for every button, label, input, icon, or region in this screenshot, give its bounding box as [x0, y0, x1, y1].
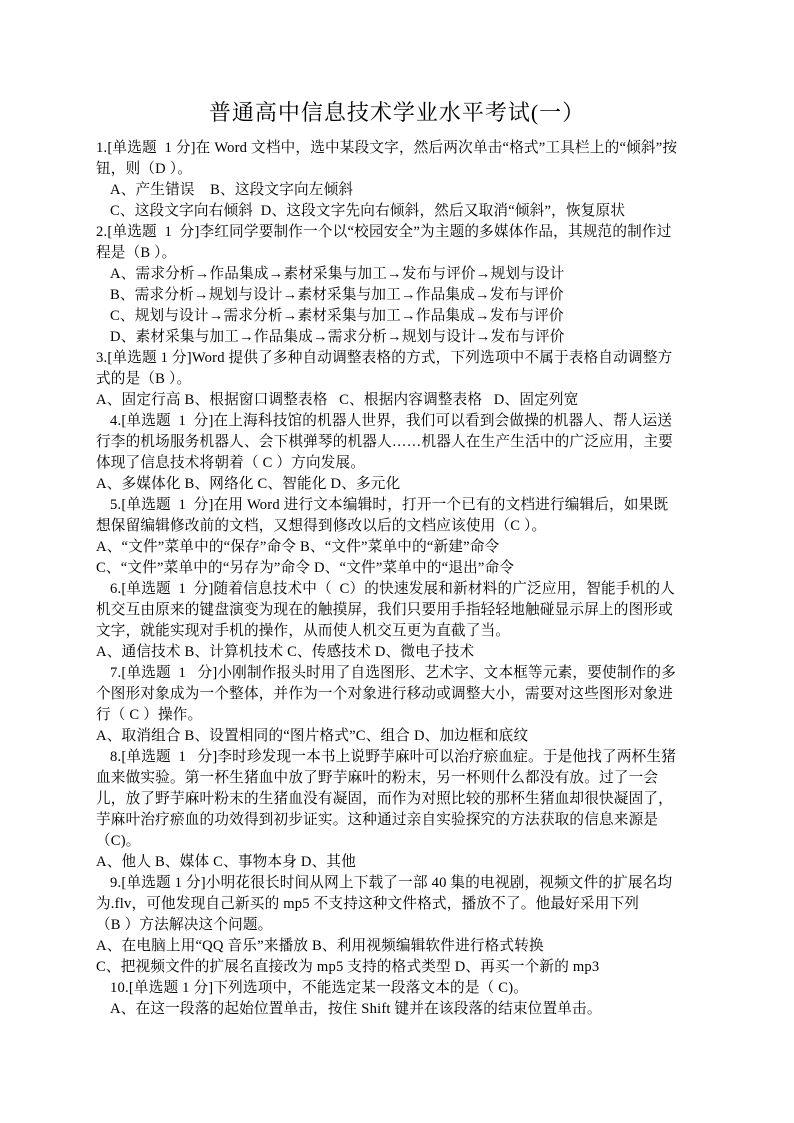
- text-line: （B ）方法解决这个问题。: [96, 915, 716, 936]
- text-line: 儿，放了野芋麻叶粉末的生猪血没有凝固，而作为对照比较的那杯生猪血却很快凝固了，: [96, 789, 716, 810]
- text-line: 机交互由原来的键盘演变为现在的触摸屏，我们只要用手指轻轻地触碰显示屏上的图形或: [96, 600, 716, 621]
- text-line: A、需求分析→作品集成→素材采集与加工→发布与评价→规划与设计: [96, 264, 716, 285]
- text-line: A、多媒体化 B、网络化 C、智能化 D、多元化: [96, 474, 716, 495]
- text-line: A、固定行高 B、根据窗口调整表格 C、根据内容调整表格 D、固定列宽: [96, 390, 716, 411]
- page-title: 普通高中信息技术学业水平考试(一）: [0, 99, 794, 127]
- text-line: 想保留编辑修改前的文档，又想得到修改以后的文档应该使用（C ）。: [96, 516, 716, 537]
- text-line: 8.[单选题 1 分]李时珍发现一本书上说野芋麻叶可以治疗瘀血症。于是他找了两杯…: [96, 747, 716, 768]
- text-line: A、通信技术 B、计算机技术 C、传感技术 D、微电子技术: [96, 642, 716, 663]
- text-line: 6.[单选题 1 分]随着信息技术中（ C）的快速发展和新材料的广泛应用，智能手…: [96, 579, 716, 600]
- text-line: 个图形对象成为一个整体，并作为一个对象进行移动或调整大小，需要对这些图形对象进: [96, 684, 716, 705]
- text-line: C、“文件”菜单中的“另存为”命令 D、“文件”菜单中的“退出”命令: [96, 558, 716, 579]
- text-line: A、在这一段落的起始位置单击，按住 Shift 键并在该段落的结束位置单击。: [96, 999, 716, 1020]
- text-line: A、“文件”菜单中的“保存”命令 B、“文件”菜单中的“新建”命令: [96, 537, 716, 558]
- text-line: B、需求分析→规划与设计→素材采集与加工→作品集成→发布与评价: [96, 285, 716, 306]
- text-line: 4.[单选题 1 分]在上海科技馆的机器人世界，我们可以看到会做操的机器人、帮人…: [96, 411, 716, 432]
- text-line: 为.flv，可他发现自己新买的 mp5 不支持这种文件格式，播放不了。他最好采用…: [96, 894, 716, 915]
- text-line: C、规划与设计→需求分析→素材采集与加工→作品集成→发布与评价: [96, 306, 716, 327]
- text-line: 程是（B ）。: [96, 243, 716, 264]
- text-line: （C)。: [96, 831, 716, 852]
- text-line: 9.[单选题 1 分]小明花很长时间从网上下载了一部 40 集的电视剧，视频文件…: [96, 873, 716, 894]
- text-line: 芋麻叶治疗瘀血的功效得到初步证实。这种通过亲自实验探究的方法获取的信息来源是: [96, 810, 716, 831]
- text-line: 钮，则（D ）。: [96, 159, 716, 180]
- text-line: 2.[单选题 1 分]李红同学要制作一个以“校园安全”为主题的多媒体作品，其规范…: [96, 222, 716, 243]
- text-line: 1.[单选题 1 分]在 Word 文档中，选中某段文字，然后两次单击“格式”工…: [96, 138, 716, 159]
- text-line: 7.[单选题 1 分]小刚制作报头时用了自选图形、艺术字、文本框等元素，要使制作…: [96, 663, 716, 684]
- text-line: 5.[单选题 1 分]在用 Word 进行文本编辑时，打开一个已有的文档进行编辑…: [96, 495, 716, 516]
- text-line: 血来做实验。第一杯生猪血中放了野芋麻叶的粉末，另一杯则什么都没有放。过了一会: [96, 768, 716, 789]
- text-line: A、产生错误 B、这段文字向左倾斜: [96, 180, 716, 201]
- text-line: A、他人 B、媒体 C、事物本身 D、其他: [96, 852, 716, 873]
- text-line: A、在电脑上用“QQ 音乐”来播放 B、利用视频编辑软件进行格式转换: [96, 936, 716, 957]
- text-line: 3.[单选题 1 分]Word 提供了多种自动调整表格的方式，下列选项中不属于表…: [96, 348, 716, 369]
- text-line: D、素材采集与加工→作品集成→需求分析→规划与设计→发布与评价: [96, 327, 716, 348]
- document-page: 普通高中信息技术学业水平考试(一） 1.[单选题 1 分]在 Word 文档中，…: [0, 0, 794, 1123]
- text-line: C、这段文字向右倾斜 D、这段文字先向右倾斜，然后又取消“倾斜”，恢复原状: [96, 201, 716, 222]
- text-line: 行（ C ）操作。: [96, 705, 716, 726]
- text-line: 式的是（B ）。: [96, 369, 716, 390]
- text-line: A、取消组合 B、设置相同的“图片格式”C、组合 D、加边框和底纹: [96, 726, 716, 747]
- text-line: 10.[单选题 1 分]下列选项中，不能选定某一段落文本的是（ C)。: [96, 978, 716, 999]
- text-line: 行李的机场服务机器人、会下棋弹琴的机器人……机器人在生产生活中的广泛应用，主要: [96, 432, 716, 453]
- question-list: 1.[单选题 1 分]在 Word 文档中，选中某段文字，然后两次单击“格式”工…: [96, 138, 716, 1020]
- text-line: C、把视频文件的扩展名直接改为 mp5 支持的格式类型 D、再买一个新的 mp3: [96, 957, 716, 978]
- text-line: 文字，就能实现对手机的操作，从而使人机交互更为直截了当。: [96, 621, 716, 642]
- text-line: 体现了信息技术将朝着（ C ）方向发展。: [96, 453, 716, 474]
